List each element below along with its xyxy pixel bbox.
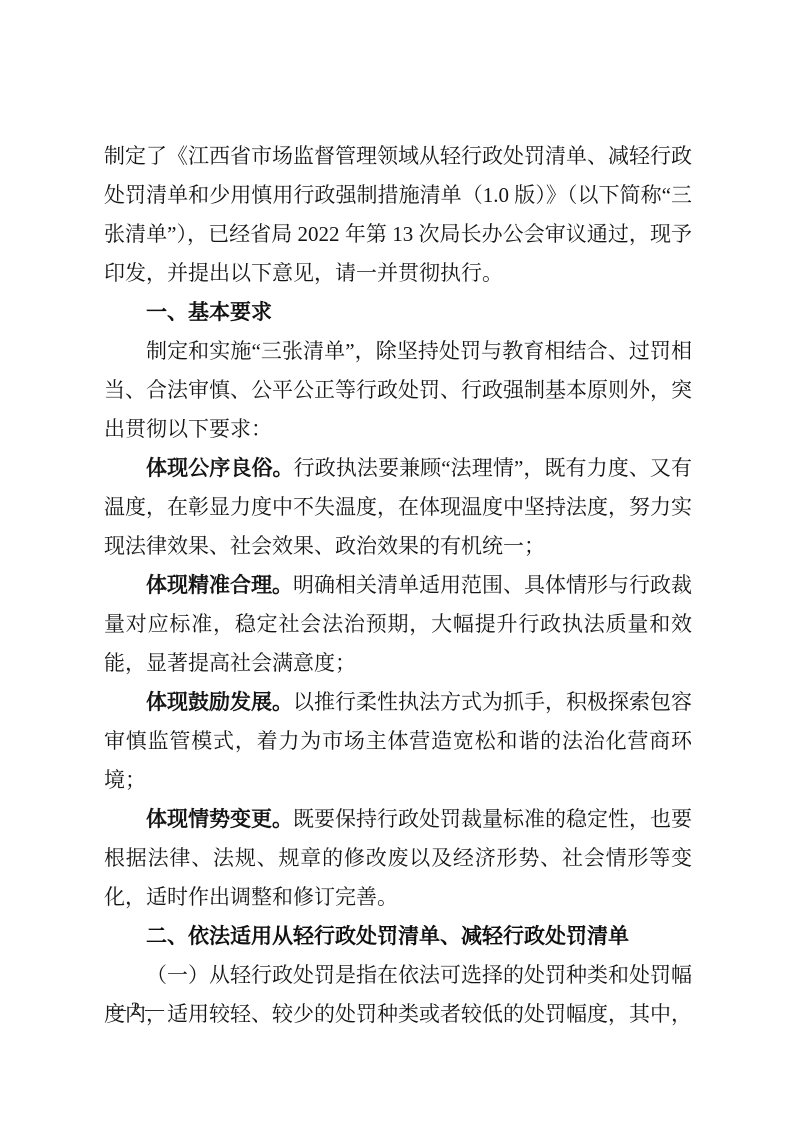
bullet-lead-changed-circumstances: 体现情势变更。 [146, 808, 293, 831]
document-body: 制定了《江西省市场监督管理领域从轻行政处罚清单、减轻行政处罚清单和少用慎用行政强… [104, 137, 692, 1034]
page-number: — 2 — [107, 997, 164, 1023]
bullet-lead-encourage-development: 体现鼓励发展。 [146, 691, 293, 714]
document-page: 制定了《江西省市场监督管理领域从轻行政处罚清单、减轻行政处罚清单和少用慎用行政强… [0, 0, 794, 1123]
paragraph-bullet-encourage-development: 体现鼓励发展。以推行柔性执法方式为抓手，积极探索包容审慎监管模式，着力为市场主体… [104, 683, 692, 800]
section-heading-basic-requirements: 一、基本要求 [104, 293, 692, 332]
paragraph-basic-requirements: 制定和实施“三张清单”，除坚持处罚与教育相结合、过罚相当、合法审慎、公平公正等行… [104, 332, 692, 449]
paragraph-item-one: （一）从轻行政处罚是指在依法可选择的处罚种类和处罚幅度内，适用较轻、较少的处罚种… [104, 956, 692, 1034]
paragraph-bullet-public-order: 体现公序良俗。行政执法要兼顾“法理情”，既有力度、又有温度，在彰显力度中不失温度… [104, 449, 692, 566]
bullet-lead-public-order: 体现公序良俗。 [146, 457, 294, 480]
paragraph-bullet-precision: 体现精准合理。明确相关清单适用范围、具体情形与行政裁量对应标准，稳定社会法治预期… [104, 566, 692, 683]
section-heading-lawful-application: 二、依法适用从轻行政处罚清单、减轻行政处罚清单 [104, 917, 692, 956]
paragraph-bullet-changed-circumstances: 体现情势变更。既要保持行政处罚裁量标准的稳定性，也要根据法律、法规、规章的修改废… [104, 800, 692, 917]
bullet-lead-precision: 体现精准合理。 [146, 574, 293, 597]
paragraph-intro: 制定了《江西省市场监督管理领域从轻行政处罚清单、减轻行政处罚清单和少用慎用行政强… [104, 137, 692, 293]
